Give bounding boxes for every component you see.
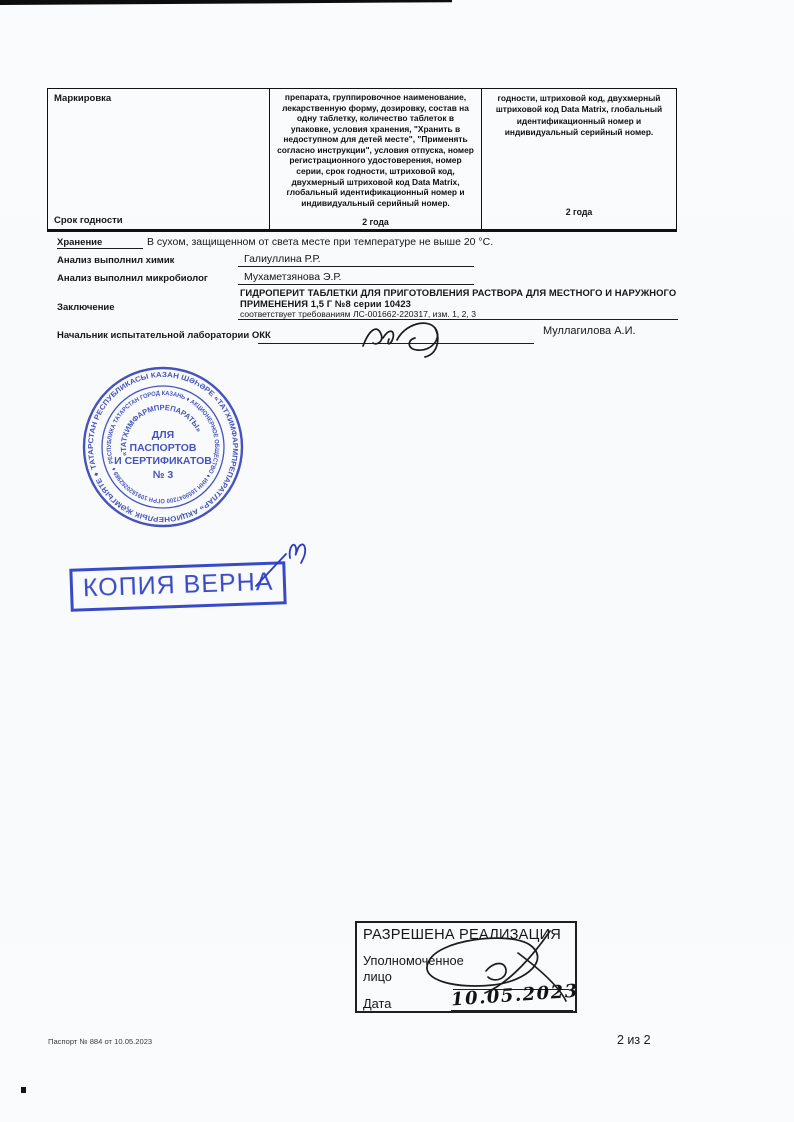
lab-head-signature bbox=[355, 310, 470, 358]
pen-initials-mark bbox=[242, 528, 322, 598]
stamp-center-line1: ДЛЯ bbox=[152, 429, 174, 441]
storage-label: Хранение bbox=[57, 237, 143, 249]
authorized-person-label-line2: лицо bbox=[363, 969, 392, 984]
conclusion-line2: ПРИМЕНЕНИЯ 1,5 Г №8 серии 10423 bbox=[240, 298, 411, 309]
authorized-person-signature bbox=[398, 923, 588, 1008]
stamp-center-line3: И СЕРТИФИКАТОВ bbox=[114, 455, 212, 467]
date-label: Дата bbox=[363, 996, 391, 1011]
marking-label: Маркировка bbox=[54, 93, 263, 104]
shelf-life-label: Срок годности bbox=[54, 215, 263, 226]
shelf-life-value-mid: 2 года bbox=[276, 217, 475, 227]
stamp-center-line2: ПАСПОРТОВ bbox=[130, 442, 197, 454]
conclusion-label: Заключение bbox=[57, 302, 115, 313]
chemist-value: Галиуллина Р.Р. bbox=[244, 253, 321, 265]
conclusion-line1: ГИДРОПЕРИТ ТАБЛЕТКИ ДЛЯ ПРИГОТОВЛЕНИЯ РА… bbox=[240, 287, 676, 298]
shelf-life-value-right: 2 года bbox=[491, 207, 667, 217]
microbiologist-label: Анализ выполнил микробиолог bbox=[57, 273, 208, 284]
spec-table-mid-column: препарата, группировочное наименование, … bbox=[269, 89, 481, 229]
marking-requirements-right: годности, штриховой код, двухмерный штри… bbox=[491, 93, 667, 138]
microbiologist-value: Мухаметзянова Э.Р. bbox=[244, 271, 341, 283]
chemist-label: Анализ выполнил химик bbox=[57, 255, 174, 266]
marking-requirements-mid: препарата, группировочное наименование, … bbox=[276, 92, 475, 208]
lab-head-label: Начальник испытательной лаборатории ОКК bbox=[57, 330, 271, 341]
date-line bbox=[451, 1010, 573, 1011]
chemist-signature-line bbox=[238, 266, 474, 267]
microbiologist-signature-line bbox=[238, 284, 474, 285]
storage-value: В сухом, защищенном от света месте при т… bbox=[147, 236, 493, 248]
scan-dot-artifact bbox=[21, 1087, 26, 1093]
spec-table-label-column: Маркировка Срок годности bbox=[48, 89, 269, 229]
spec-table-right-column: годности, штриховой код, двухмерный штри… bbox=[481, 89, 676, 229]
footer-passport-number: Паспорт № 884 от 10.05.2023 bbox=[48, 1037, 152, 1046]
round-org-stamp: ТАТАРСТАН РЕСПУБЛИКАСЫ КАЗАН ШӘҺӘРЕ «ТАТ… bbox=[78, 362, 248, 532]
stamp-center-line4: № 3 bbox=[153, 469, 174, 481]
lab-head-name: Муллагилова А.И. bbox=[543, 325, 636, 337]
scan-edge-artifact bbox=[0, 0, 452, 5]
footer-page-number: 2 из 2 bbox=[617, 1033, 651, 1047]
spec-table: Маркировка Срок годности препарата, груп… bbox=[47, 88, 677, 232]
scanned-passport-page: Маркировка Срок годности препарата, груп… bbox=[0, 0, 794, 1122]
